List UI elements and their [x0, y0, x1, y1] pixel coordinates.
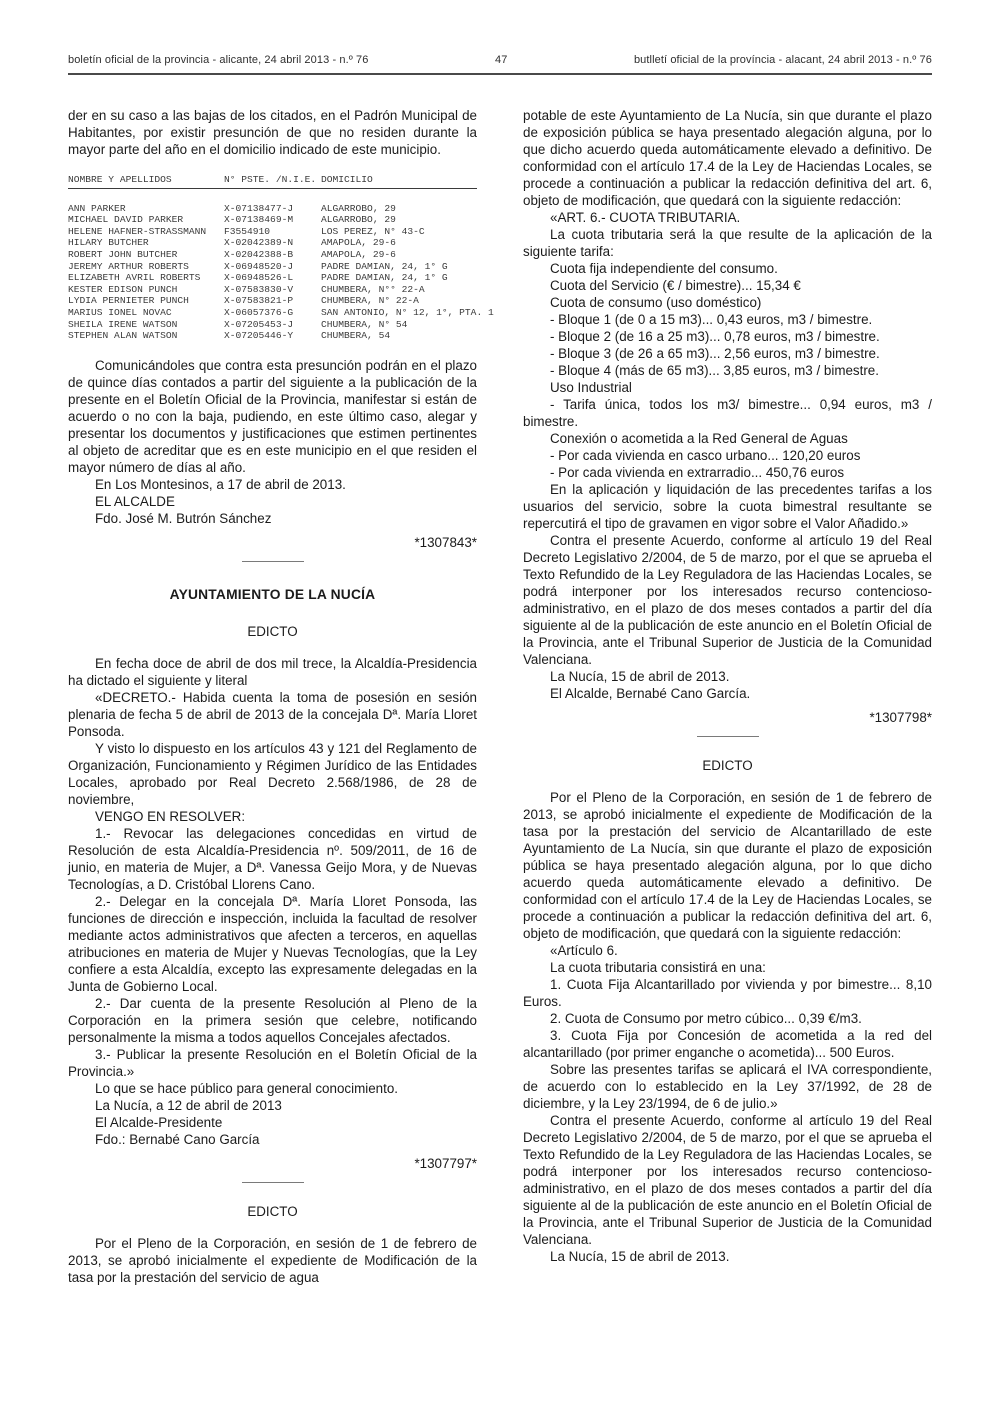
- table-cell: MICHAEL DAVID PARKER: [68, 214, 224, 226]
- table-row: MARIUS IONEL NOVACX-06057376-GSAN ANTONI…: [68, 307, 477, 319]
- table-cell: X-02042388-B: [224, 249, 321, 261]
- paragraph: Por el Pleno de la Corporación, en sesió…: [68, 1235, 477, 1286]
- table-cell: HILARY BUTCHER: [68, 237, 224, 249]
- table-cell: PADRE DAMIAN, 24, 1° G: [321, 261, 477, 273]
- signature-title: El Alcalde-Presidente: [68, 1114, 477, 1131]
- table-cell: ROBERT JOHN BUTCHER: [68, 249, 224, 261]
- table-row: ELIZABETH AVRIL ROBERTSX-06948526-LPADRE…: [68, 272, 477, 284]
- table-cell: AMAPOLA, 29-6: [321, 237, 477, 249]
- table-cell: X-07583821-P: [224, 295, 321, 307]
- header-right-title: butlletí oficial de la província - alaca…: [634, 54, 932, 66]
- record-number: *1307798*: [523, 709, 932, 726]
- tariff-line: Conexión o acometida a la Red General de…: [523, 430, 932, 447]
- paragraph: «ART. 6.- CUOTA TRIBUTARIA.: [523, 209, 932, 226]
- table-row: MICHAEL DAVID PARKERX-07138469-MALGARROB…: [68, 214, 477, 226]
- date-line: La Nucía, a 12 de abril de 2013: [68, 1097, 477, 1114]
- table-cell: LOS PEREZ, N° 43-C: [321, 226, 477, 238]
- paragraph: VENGO EN RESOLVER:: [68, 808, 477, 825]
- table-cell: HELENE HAFNER-STRASSMANN: [68, 226, 224, 238]
- signature-line: Fdo. José M. Butrón Sánchez: [68, 510, 477, 527]
- left-column: der en su caso a las bajas de los citado…: [68, 107, 477, 1286]
- paragraph: potable de este Ayuntamiento de La Nucía…: [523, 107, 932, 209]
- table-cell: STEPHEN ALAN WATSON: [68, 330, 224, 342]
- municipality-heading: AYUNTAMIENTO DE LA NUCÍA: [68, 586, 477, 603]
- paragraph: «DECRETO.- Habida cuenta la toma de pose…: [68, 689, 477, 740]
- table-cell: X-07583830-V: [224, 284, 321, 296]
- tariff-line: 1. Cuota Fija Alcantarillado por viviend…: [523, 976, 932, 1010]
- table-cell: X-06948520-J: [224, 261, 321, 273]
- table-cell: AMAPOLA, 29-6: [321, 249, 477, 261]
- date-line: La Nucía, 15 de abril de 2013.: [523, 668, 932, 685]
- table-cell: ALGARROBO, 29: [321, 214, 477, 226]
- table-cell: CHUMBERA, 54: [321, 330, 477, 342]
- table-cell: SAN ANTONIO, N° 12, 1°, PTA. 1: [321, 307, 494, 319]
- tariff-line: 3. Cuota Fija por Concesión de acometida…: [523, 1027, 932, 1061]
- table-cell: X-07205453-J: [224, 319, 321, 331]
- header-rule: [68, 73, 932, 75]
- tariff-line: Cuota del Servicio (€ / bimestre)... 15,…: [523, 277, 932, 294]
- paragraph: Comunicándoles que contra esta presunció…: [68, 357, 477, 476]
- table-cell: X-02042389-N: [224, 237, 321, 249]
- table-cell: MARIUS IONEL NOVAC: [68, 307, 224, 319]
- table-cell: CHUMBERA, N°° 22-A: [321, 284, 477, 296]
- table-cell: LYDIA PERNIETER PUNCH: [68, 295, 224, 307]
- page-number: 47: [495, 54, 507, 66]
- paragraph: 1.- Revocar las delegaciones concedidas …: [68, 825, 477, 893]
- table-cell: X-07138469-M: [224, 214, 321, 226]
- table-row: ANN PARKERX-07138477-JALGARROBO, 29: [68, 203, 477, 215]
- paragraph: «Artículo 6.: [523, 942, 932, 959]
- tariff-line: - Por cada vivienda en casco urbano... 1…: [523, 447, 932, 464]
- table-row: HILARY BUTCHERX-02042389-NAMAPOLA, 29-6: [68, 237, 477, 249]
- tariff-line: - Tarifa única, todos los m3/ bimestre..…: [523, 396, 932, 430]
- table-cell: CHUMBERA, N° 22-A: [321, 295, 477, 307]
- header-left-title: boletín oficial de la provincia - alican…: [68, 54, 368, 66]
- table-cell: ELIZABETH AVRIL ROBERTS: [68, 272, 224, 284]
- divider-line: [242, 1182, 304, 1183]
- date-line: En Los Montesinos, a 17 de abril de 2013…: [68, 476, 477, 493]
- date-line: La Nucía, 15 de abril de 2013.: [523, 1248, 932, 1265]
- tariff-line: - Bloque 2 (de 16 a 25 m3)... 0,78 euros…: [523, 328, 932, 345]
- table-header-cell: NOMBRE Y APELLIDOS: [68, 174, 224, 186]
- section-divider: [68, 1182, 477, 1183]
- tariff-line: - Bloque 1 (de 0 a 15 m3)... 0,43 euros,…: [523, 311, 932, 328]
- table-cell: F3554910: [224, 226, 321, 238]
- paragraph: En la aplicación y liquidación de las pr…: [523, 481, 932, 532]
- edicto-heading: EDICTO: [523, 757, 932, 774]
- tariff-line: 2. Cuota de Consumo por metro cúbico... …: [523, 1010, 932, 1027]
- table-row: STEPHEN ALAN WATSONX-07205446-YCHUMBERA,…: [68, 330, 477, 342]
- paragraph: Lo que se hace público para general cono…: [68, 1080, 477, 1097]
- paragraph: Sobre las presentes tarifas se aplicará …: [523, 1061, 932, 1112]
- edicto-heading: EDICTO: [68, 623, 477, 640]
- signature-title: EL ALCALDE: [68, 493, 477, 510]
- table-cell: SHEILA IRENE WATSON: [68, 319, 224, 331]
- edicto-heading: EDICTO: [68, 1203, 477, 1220]
- paragraph: La cuota tributaria consistirá en una:: [523, 959, 932, 976]
- record-number: *1307843*: [68, 534, 477, 551]
- paragraph: Contra el presente Acuerdo, conforme al …: [523, 1112, 932, 1248]
- record-number: *1307797*: [68, 1155, 477, 1172]
- tariff-line: - Bloque 4 (más de 65 m3)... 3,85 euros,…: [523, 362, 932, 379]
- paragraph: La cuota tributaria será la que resulte …: [523, 226, 932, 260]
- paragraph: 2.- Dar cuenta de la presente Resolución…: [68, 995, 477, 1046]
- paragraph: 3.- Publicar la presente Resolución en e…: [68, 1046, 477, 1080]
- tariff-line: - Bloque 3 (de 26 a 65 m3)... 2,56 euros…: [523, 345, 932, 362]
- table-row: HELENE HAFNER-STRASSMANNF3554910LOS PERE…: [68, 226, 477, 238]
- table-header-row: NOMBRE Y APELLIDOSN° PSTE. /N.I.E.DOMICI…: [68, 174, 477, 189]
- table-cell: CHUMBERA, N° 54: [321, 319, 477, 331]
- table-cell: KESTER EDISON PUNCH: [68, 284, 224, 296]
- table-cell: X-06948526-L: [224, 272, 321, 284]
- tariff-line: Cuota fija independiente del consumo.: [523, 260, 932, 277]
- table-cell: X-07138477-J: [224, 203, 321, 215]
- table-cell: X-06057376-G: [224, 307, 321, 319]
- table-row: SHEILA IRENE WATSONX-07205453-JCHUMBERA,…: [68, 319, 477, 331]
- table-cell: X-07205446-Y: [224, 330, 321, 342]
- signature-line: Fdo.: Bernabé Cano García: [68, 1131, 477, 1148]
- page-header: boletín oficial de la provincia - alican…: [68, 54, 932, 66]
- table-cell: ALGARROBO, 29: [321, 203, 477, 215]
- paragraph: En fecha doce de abril de dos mil trece,…: [68, 655, 477, 689]
- table-row: ROBERT JOHN BUTCHERX-02042388-BAMAPOLA, …: [68, 249, 477, 261]
- content-columns: der en su caso a las bajas de los citado…: [68, 107, 932, 1286]
- divider-line: [242, 561, 304, 562]
- paragraph: der en su caso a las bajas de los citado…: [68, 107, 477, 158]
- table-cell: JEREMY ARTHUR ROBERTS: [68, 261, 224, 273]
- tariff-line: - Por cada vivienda en extrarradio... 45…: [523, 464, 932, 481]
- paragraph: Por el Pleno de la Corporación, en sesió…: [523, 789, 932, 942]
- divider-line: [697, 736, 759, 737]
- tariff-line: Cuota de consumo (uso doméstico): [523, 294, 932, 311]
- table-row: LYDIA PERNIETER PUNCHX-07583821-PCHUMBER…: [68, 295, 477, 307]
- table-cell: ANN PARKER: [68, 203, 224, 215]
- tariff-line: Uso Industrial: [523, 379, 932, 396]
- bulletin-page: boletín oficial de la provincia - alican…: [0, 0, 1000, 1415]
- section-divider: [68, 561, 477, 562]
- table-cell: PADRE DAMIAN, 24, 1° G: [321, 272, 477, 284]
- paragraph: 2.- Delegar en la concejala Dª. María Ll…: [68, 893, 477, 995]
- right-column: potable de este Ayuntamiento de La Nucía…: [523, 107, 932, 1265]
- paragraph: Contra el presente Acuerdo, conforme al …: [523, 532, 932, 668]
- table-row: KESTER EDISON PUNCHX-07583830-VCHUMBERA,…: [68, 284, 477, 296]
- section-divider: [523, 736, 932, 737]
- signature-line: El Alcalde, Bernabé Cano García.: [523, 685, 932, 702]
- table-row: JEREMY ARTHUR ROBERTSX-06948520-JPADRE D…: [68, 261, 477, 273]
- table-header-cell: N° PSTE. /N.I.E.: [224, 174, 321, 186]
- padron-table: NOMBRE Y APELLIDOSN° PSTE. /N.I.E.DOMICI…: [68, 174, 477, 342]
- table-header-cell: DOMICILIO: [321, 174, 477, 186]
- paragraph: Y visto lo dispuesto en los artículos 43…: [68, 740, 477, 808]
